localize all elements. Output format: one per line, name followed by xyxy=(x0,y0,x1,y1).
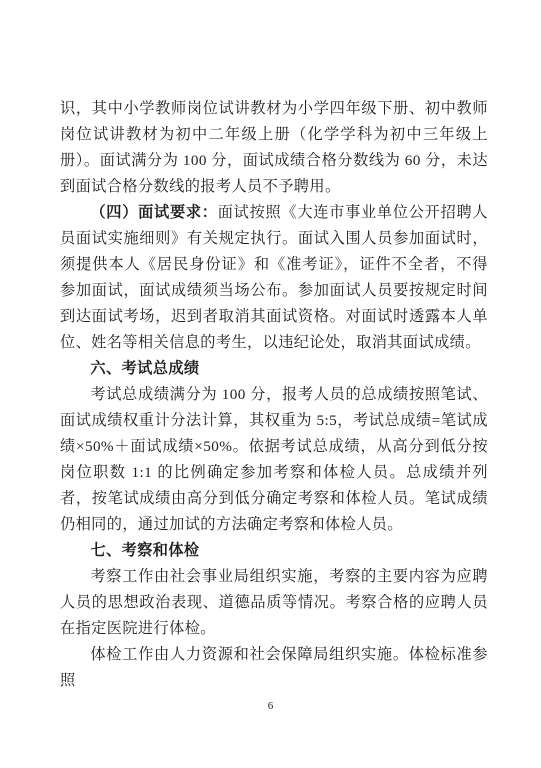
section-heading-seven: 七、考察和体检 xyxy=(60,538,488,564)
interview-requirements-body: 面试按照《大连市事业单位公开招聘人员面试实施细则》有关规定执行。面试入围人员参加… xyxy=(60,204,488,351)
section-heading-six: 六、考试总成绩 xyxy=(60,356,488,382)
paragraph-continuation: 识，其中小学教师岗位试讲教材为小学四年级下册、初中教师岗位试讲教材为初中二年级上… xyxy=(60,96,488,200)
document-page: 识，其中小学教师岗位试讲教材为小学四年级下册、初中教师岗位试讲教材为初中二年级上… xyxy=(0,0,541,768)
paragraph-inspection: 考察工作由社会事业局组织实施，考察的主要内容为应聘人员的思想政治表现、道德品质等… xyxy=(60,564,488,642)
paragraph-physical-exam: 体检工作由人力资源和社会保障局组织实施。体检标准参照 xyxy=(60,642,488,694)
document-body: 识，其中小学教师岗位试讲教材为小学四年级下册、初中教师岗位试讲教材为初中二年级上… xyxy=(60,96,488,694)
paragraph-interview-requirements: （四）面试要求：面试按照《大连市事业单位公开招聘人员面试实施细则》有关规定执行。… xyxy=(60,200,488,356)
interview-requirements-label: （四）面试要求： xyxy=(90,204,217,221)
paragraph-total-score: 考试总成绩满分为 100 分，报考人员的总成绩按照笔试、面试成绩权重计分法计算，… xyxy=(60,382,488,538)
page-number: 6 xyxy=(0,699,541,713)
